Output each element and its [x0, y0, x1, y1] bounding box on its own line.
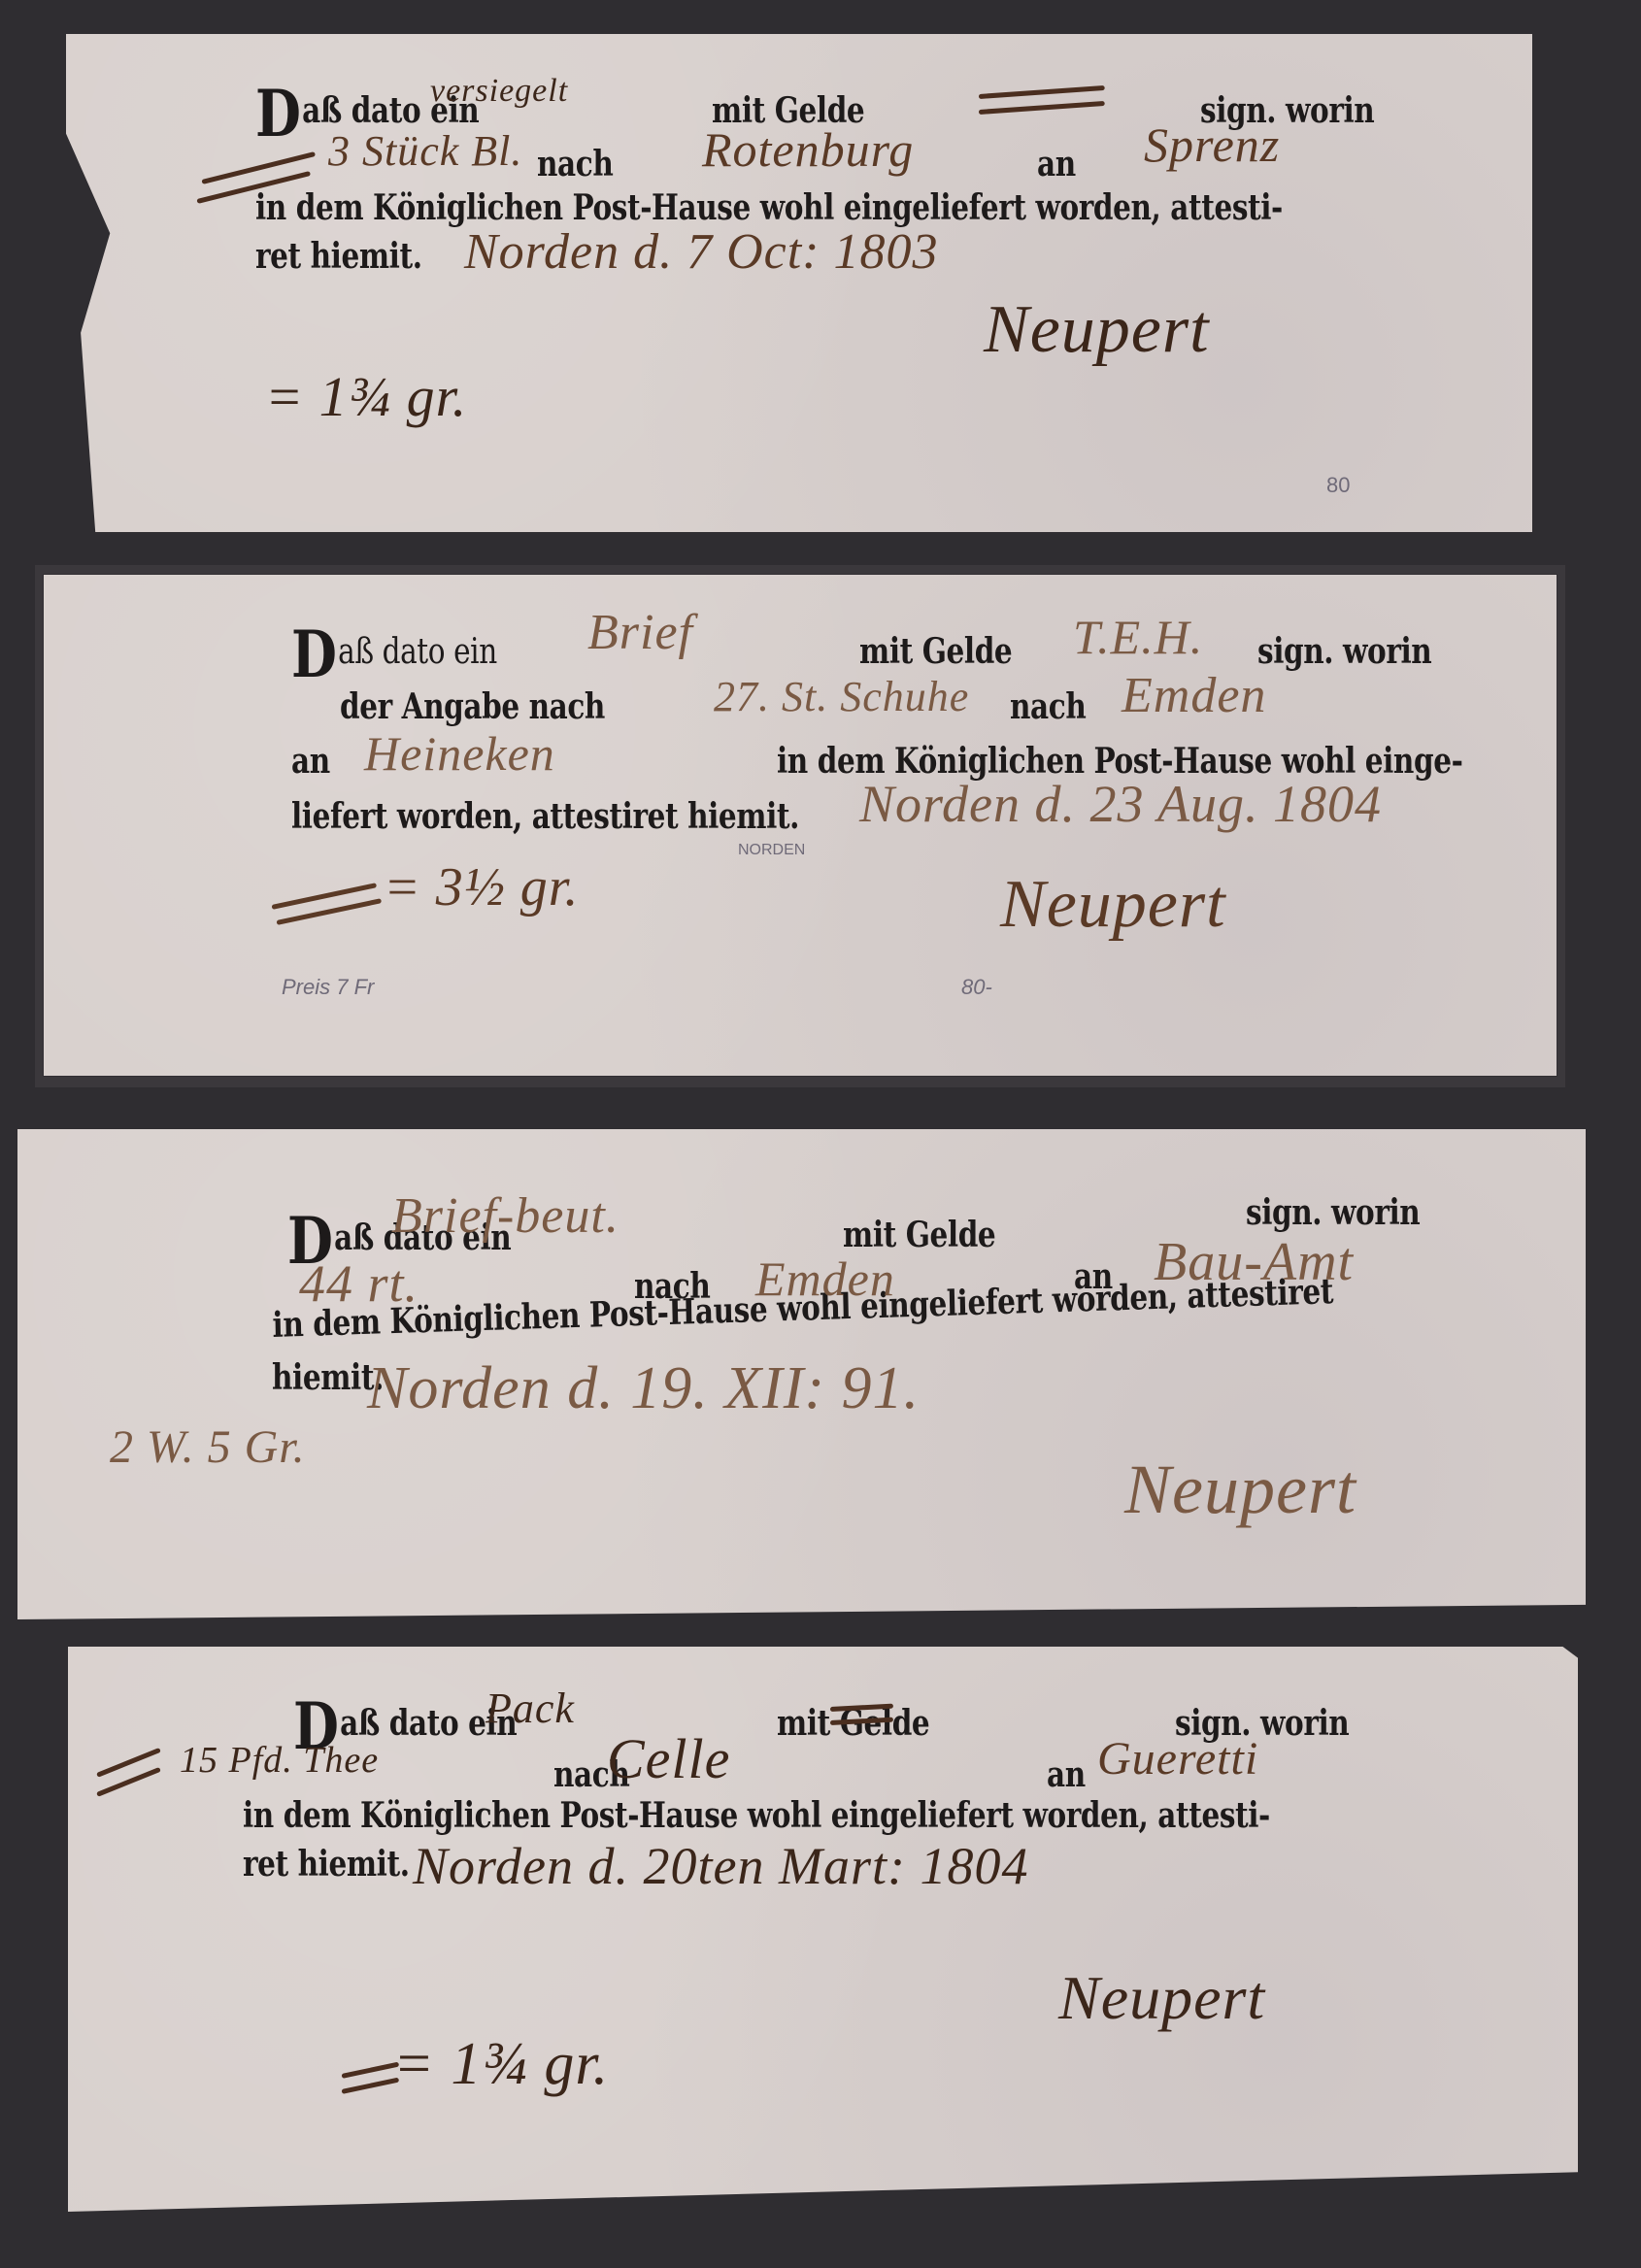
handwritten-signature: Neupert: [1000, 866, 1226, 944]
printed-line-4: ret hiemit.: [255, 233, 422, 280]
handwritten-contents: 15 Pfd. Thee: [180, 1739, 379, 1782]
handwritten-destination: Rotenburg: [702, 121, 914, 178]
handwritten-destination: Celle: [607, 1726, 730, 1791]
handwritten-place-date: Norden d. 23 Aug. 1804: [859, 774, 1382, 834]
receipt-slip-1: Daß dato ein mit Gelde sign. worin nach …: [66, 34, 1532, 532]
handwritten-contents: 3 Stück Bl.: [328, 126, 522, 176]
handwritten-money: T.E.H.: [1073, 609, 1203, 665]
handwritten-signature: Neupert: [984, 291, 1210, 369]
printed-line-2: der Angabe nach: [340, 684, 605, 730]
handwritten-fee: 2 W. 5 Gr.: [110, 1420, 306, 1474]
pencil-note: Preis 7 Fr: [282, 975, 374, 1000]
receipt-slip-4: Daß dato ein mit Gelde sign. worin nach …: [68, 1647, 1578, 2212]
handwritten-place-date: Norden d. 7 Oct: 1803: [464, 223, 938, 281]
handwritten-fee: = 3½ gr.: [384, 856, 579, 918]
handwritten-recipient: Gueretti: [1097, 1732, 1258, 1785]
pencil-note: NORDEN: [738, 842, 805, 859]
handwritten-recipient: Bau-Amt: [1154, 1231, 1354, 1293]
printed-sign-worin: sign. worin: [1257, 628, 1431, 675]
printed-line-4: ret hiemit.: [243, 1841, 410, 1887]
printed-an: an: [1037, 141, 1076, 187]
handwritten-place-date: Norden d. 19. XII: 91.: [367, 1354, 920, 1423]
dash-mark: [201, 151, 316, 184]
handwritten-item: Brief: [587, 604, 693, 661]
handwritten-item: Brief-beut.: [391, 1187, 620, 1245]
drop-initial: D: [291, 617, 337, 692]
handwritten-recipient: Heineken: [364, 725, 555, 782]
handwritten-signature: Neupert: [1124, 1450, 1356, 1530]
handwritten-place-date: Norden d. 20ten Mart: 1804: [413, 1836, 1028, 1896]
receipt-slip-2: Daß dato ein mit Gelde sign. worin der A…: [44, 575, 1557, 1076]
dash-mark: [341, 2078, 399, 2094]
handwritten-contents: 27. St. Schuhe: [714, 672, 969, 721]
dash-mark: [979, 85, 1105, 99]
printed-sign-worin: sign. worin: [1246, 1189, 1420, 1236]
pencil-note: 80-: [961, 975, 992, 1000]
dash-mark: [341, 2062, 399, 2079]
pencil-note: 80: [1326, 473, 1350, 498]
handwritten-signature: Neupert: [1058, 1962, 1265, 2034]
printed-line-3: in dem Königlichen Post-Hause wohl einge…: [243, 1792, 1270, 1839]
handwritten-destination: Emden: [755, 1251, 895, 1307]
printed-an: an: [291, 738, 330, 784]
receipt-slip-3: Daß dato ein mit Gelde sign. worin nach …: [17, 1129, 1586, 1619]
printed-mit-gelde: mit Gelde: [859, 628, 1012, 675]
printed-nach: nach: [537, 141, 613, 187]
printed-line-4: liefert worden, attestiret hiemit.: [291, 793, 799, 840]
handwritten-contents: 44 rt.: [299, 1253, 419, 1314]
handwritten-item: Pack: [486, 1684, 575, 1733]
handwritten-item: versiegelt: [430, 73, 568, 110]
handwritten-destination: Emden: [1122, 667, 1266, 724]
dash-mark: [979, 101, 1105, 115]
printed-nach: nach: [1010, 684, 1086, 730]
handwritten-recipient: Sprenz: [1144, 117, 1280, 173]
handwritten-fee: = 1¾ gr.: [265, 364, 467, 429]
printed-line-1: Daß dato ein: [291, 628, 497, 676]
handwritten-fee: = 1¾ gr.: [393, 2030, 609, 2099]
printed-an: an: [1047, 1751, 1086, 1798]
drop-initial: D: [255, 76, 301, 151]
